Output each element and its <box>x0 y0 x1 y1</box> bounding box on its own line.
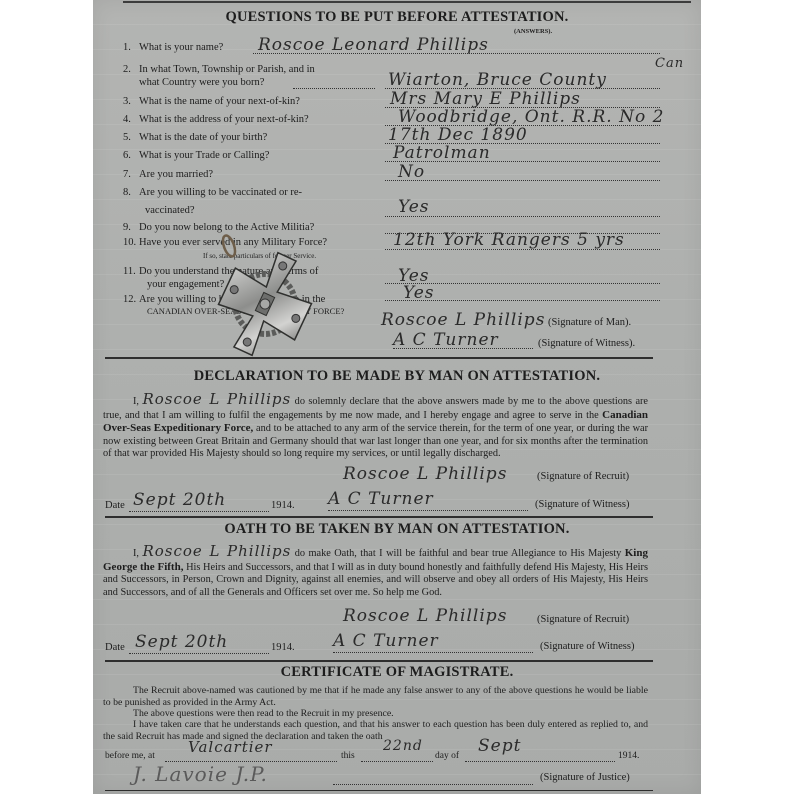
answer-6: Patrolman <box>393 143 491 163</box>
oath-name: Roscoe L Phillips <box>142 542 291 560</box>
answer-1: Roscoe Leonard Phillips <box>258 35 489 55</box>
question-4: 4.What is the address of your next-of-ki… <box>123 113 309 126</box>
justice-label: (Signature of Justice) <box>540 772 630 783</box>
question-2: 2.In what Town, Township or Parish, and … <box>123 63 315 76</box>
answer-10: 12th York Rangers 5 yrs <box>393 230 625 250</box>
section-rule <box>105 660 653 662</box>
certificate-day: 22nd <box>383 738 423 754</box>
answer-7: No <box>398 162 425 182</box>
justice-signature: J. Lavoie J.P. <box>133 762 268 786</box>
oath-witness-signature: A C Turner <box>333 631 439 651</box>
certificate-month: Sept <box>478 736 521 756</box>
answers-label: (ANSWERS). <box>514 28 552 35</box>
date-line <box>129 653 269 654</box>
certificate-p3: I have taken care that he understands ea… <box>103 719 648 742</box>
answer-line <box>385 180 660 181</box>
question-2-cont: what Country were you born? <box>139 76 264 89</box>
declaration-witness-label: (Signature of Witness) <box>535 499 629 510</box>
answer-3: Mrs Mary E Phillips <box>390 89 581 109</box>
oath-date-label: Date <box>105 642 125 653</box>
question-8: 8.Are you willing to be vaccinated or re… <box>123 186 302 199</box>
question-5: 5.What is the date of your birth? <box>123 131 267 144</box>
witness-signature-label: (Signature of Witness). <box>538 338 635 349</box>
oath-date: Sept 20th <box>135 632 228 652</box>
before-me-label: before me, at <box>105 751 155 761</box>
oath-recruit-label: (Signature of Recruit) <box>537 614 629 625</box>
certificate-p2: The above questions were then read to th… <box>103 708 648 720</box>
man-signature: Roscoe L Phillips <box>381 310 545 330</box>
question-6: 6.What is your Trade or Calling? <box>123 149 269 162</box>
declaration-date-label: Date <box>105 500 125 511</box>
answer-2-note: Can <box>655 56 684 71</box>
section-rule <box>105 357 653 359</box>
certificate-place: Valcartier <box>188 738 273 756</box>
oath-title: OATH TO BE TAKEN BY MAN ON ATTESTATION. <box>93 521 701 538</box>
question-1: 1.What is your name? <box>123 41 223 54</box>
answer-4: Woodbridge, Ont. R.R. No 2 <box>398 107 664 127</box>
day-line <box>361 761 433 762</box>
oath-text: I, Roscoe L Phillips do make Oath, that … <box>103 545 648 599</box>
top-rule <box>123 1 691 3</box>
answer-8: Yes <box>398 197 430 217</box>
justice-line <box>333 784 533 785</box>
oath-witness-label: (Signature of Witness) <box>540 641 634 652</box>
question-3: 3.What is the name of your next-of-kin? <box>123 95 300 108</box>
certificate-p1: The Recruit above-named was cautioned by… <box>103 685 648 708</box>
question-7: 7.Are you married? <box>123 168 213 181</box>
attestation-paper: QUESTIONS TO BE PUT BEFORE ATTESTATION. … <box>93 0 701 794</box>
witness-line <box>393 348 533 349</box>
answer-2: Wiarton, Bruce County <box>388 70 607 90</box>
section-rule <box>105 790 653 791</box>
declaration-title: DECLARATION TO BE MADE BY MAN ON ATTESTA… <box>93 368 701 385</box>
date-line <box>129 511 269 512</box>
witness-signature: A C Turner <box>393 330 499 350</box>
oath-year: 1914. <box>271 642 295 653</box>
questions-title: QUESTIONS TO BE PUT BEFORE ATTESTATION. <box>93 9 701 26</box>
man-signature-label: (Signature of Man). <box>548 317 631 328</box>
declaration-recruit-signature: Roscoe L Phillips <box>343 464 507 484</box>
oath-recruit-signature: Roscoe L Phillips <box>343 606 507 626</box>
section-rule <box>105 516 653 518</box>
declaration-name: Roscoe L Phillips <box>142 390 291 408</box>
declaration-date: Sept 20th <box>133 490 226 510</box>
month-line <box>465 761 615 762</box>
witness-line <box>328 510 528 511</box>
question-8-cont: vaccinated? <box>145 204 195 217</box>
answer-12: Yes <box>403 283 435 303</box>
answer-5: 17th Dec 1890 <box>388 125 528 145</box>
memorial-cross-medal-icon <box>201 232 321 360</box>
day-of-label: day of <box>435 751 459 761</box>
question-leader <box>293 88 375 89</box>
certificate-year: 1914. <box>618 751 639 761</box>
witness-line <box>333 652 533 653</box>
this-label: this <box>341 751 355 761</box>
certificate-title: CERTIFICATE OF MAGISTRATE. <box>93 664 701 681</box>
declaration-recruit-label: (Signature of Recruit) <box>537 471 629 482</box>
declaration-text: I, Roscoe L Phillips do solemnly declare… <box>103 393 648 461</box>
declaration-witness-signature: A C Turner <box>328 489 434 509</box>
declaration-year: 1914. <box>271 500 295 511</box>
